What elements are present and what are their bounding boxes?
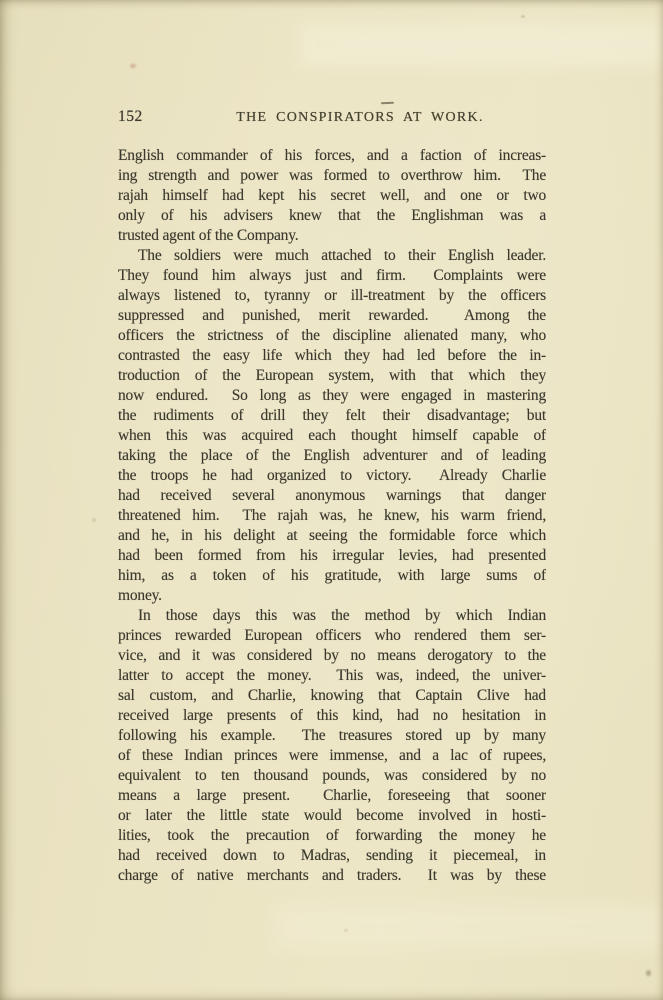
text-line: taking the place of the English adventur…	[118, 446, 546, 466]
running-header-title: THE CONSPIRATORS AT WORK.	[146, 110, 574, 126]
text-line: rajah himself had kept his secret well, …	[118, 186, 546, 206]
text-line: following his example. The treasures sto…	[118, 726, 546, 746]
paper-speck	[130, 64, 136, 68]
text-line: and he, in his delight at seeing the for…	[118, 526, 546, 546]
text-line: lities, took the precaution of forwardin…	[118, 826, 546, 846]
ink-dash-artifact	[381, 102, 394, 105]
text-line: received large presents of this kind, ha…	[118, 706, 546, 726]
scan-light-band-bottom	[275, 905, 663, 949]
text-line: equivalent to ten thousand pounds, was c…	[118, 766, 546, 786]
text-line: had received down to Madras, sending it …	[118, 846, 546, 866]
body-text-block: English commander of his forces, and a f…	[118, 146, 546, 886]
text-line: now endured. So long as they were engage…	[118, 386, 546, 406]
text-line: latter to accept the money. This was, in…	[118, 666, 546, 686]
text-line: troduction of the European system, with …	[118, 366, 546, 386]
text-line: the rudiments of drill they felt their d…	[118, 406, 546, 426]
text-line: sal custom, and Charlie, knowing that Ca…	[118, 686, 546, 706]
text-line: threatened him. The rajah was, he knew, …	[118, 506, 546, 526]
book-page-scan: 152 THE CONSPIRATORS AT WORK. English co…	[0, 0, 663, 1000]
text-line: always listened to, tyranny or ill-treat…	[118, 286, 546, 306]
text-line: suppressed and punished, merit rewarded.…	[118, 306, 546, 326]
text-line: princes rewarded European officers who r…	[118, 626, 546, 646]
text-line: of these Indian princes were immense, an…	[118, 746, 546, 766]
text-line: They found him always just and firm. Com…	[118, 266, 546, 286]
text-line: money.	[118, 586, 546, 606]
text-line: English commander of his forces, and a f…	[118, 146, 546, 166]
text-line: ing strength and power was formed to ove…	[118, 166, 546, 186]
text-line: contrasted the easy life which they had …	[118, 346, 546, 366]
text-line: means a large present. Charlie, foreseei…	[118, 786, 546, 806]
text-line: vice, and it was considered by no means …	[118, 646, 546, 666]
paper-speck	[646, 970, 651, 976]
text-line: officers the strictness of the disciplin…	[118, 326, 546, 346]
text-line: or later the little state would become i…	[118, 806, 546, 826]
text-line: The soldiers were much attached to their…	[118, 246, 546, 266]
paper-speck	[521, 15, 525, 18]
text-line: trusted agent of the Company.	[118, 226, 546, 246]
text-line: when this was acquired each thought hims…	[118, 426, 546, 446]
paper-speck	[92, 518, 96, 522]
text-line: had received several anonymous warnings …	[118, 486, 546, 506]
text-line: In those days this was the method by whi…	[118, 606, 546, 626]
page-number: 152	[118, 108, 143, 126]
text-line: charge of native merchants and traders. …	[118, 866, 546, 886]
text-line: only of his advisers knew that the Engli…	[118, 206, 546, 226]
scan-light-band-top	[300, 24, 663, 66]
text-line: the troops he had organized to victory. …	[118, 466, 546, 486]
text-line: had been formed from his irregular levie…	[118, 546, 546, 566]
text-line: him, as a token of his gratitude, with l…	[118, 566, 546, 586]
